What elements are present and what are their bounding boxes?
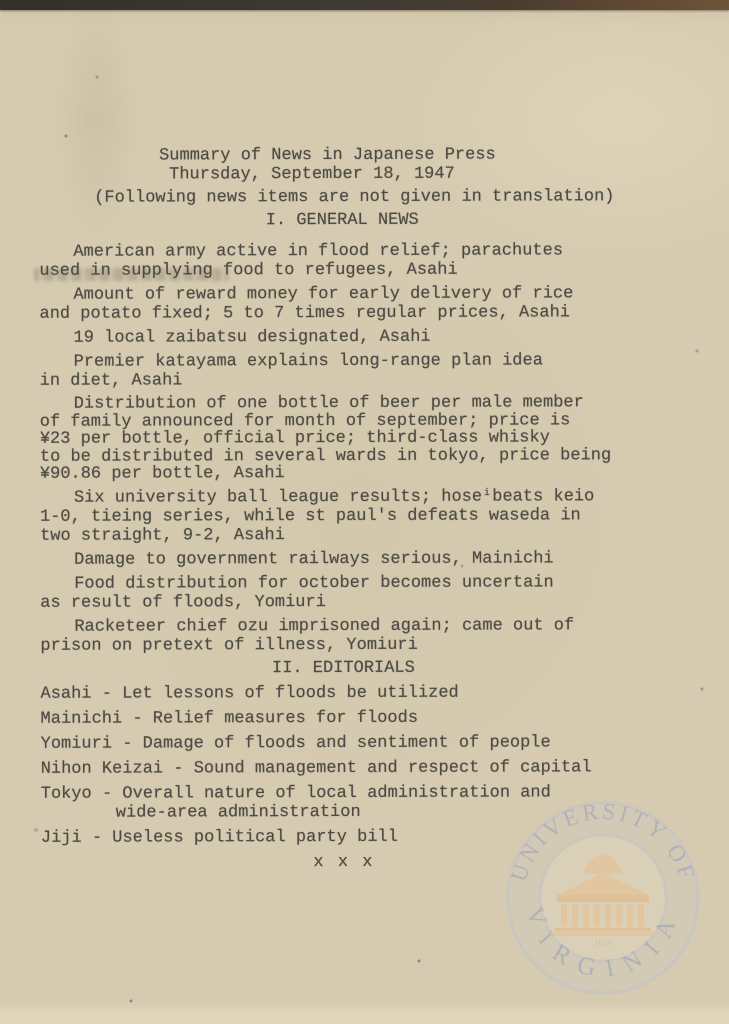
news-line: prison on pretext of illness, Yomiuri: [40, 635, 646, 656]
news-line: of family announced for month of septemb…: [40, 412, 646, 431]
news-item: Amount of reward money for early deliver…: [39, 284, 645, 324]
news-line: ¥23 per bottle, official price; third-cl…: [40, 429, 646, 448]
editorial-item: Yomiuri - Damage of floods and sentiment…: [41, 733, 647, 754]
news-line: 1-0, tieing series, while st paul's defe…: [40, 506, 646, 527]
news-item: Damage to government railways serious, M…: [40, 549, 646, 570]
seal-year: 1819: [594, 938, 613, 948]
news-line: Distribution of one bottle of beer per m…: [40, 394, 646, 413]
editorial-item: Asahi - Let lessons of floods be utilize…: [40, 683, 646, 704]
scan-edge-bar: [0, 0, 729, 10]
news-item: Six university ball league results; hose…: [40, 487, 646, 546]
news-line: as result of floods, Yomiuri: [40, 592, 646, 613]
doc-title-line1: Summary of News in Japanese Press: [159, 145, 645, 165]
university-of-virginia-seal-watermark: UNIVERSITY OF VIRGINIA ✧ 1819: [505, 800, 701, 1000]
news-item: Distribution of one bottle of beer per m…: [40, 394, 646, 483]
news-line: 19 local zaibatsu designated, Asahi: [40, 327, 646, 348]
news-line: Food distribution for october becomes un…: [40, 573, 646, 594]
editorial-line: Nihon Keizai - Sound management and resp…: [41, 758, 647, 779]
news-line: American army active in flood relief; pa…: [39, 241, 645, 262]
news-item: Food distribution for october becomes un…: [40, 573, 646, 613]
editorial-line: Mainichi - Relief measures for floods: [41, 708, 647, 729]
news-line: Racketeer chief ozu imprisoned again; ca…: [40, 616, 646, 637]
seal-star-icon: ✧: [665, 851, 674, 863]
news-line: ¥90.86 per bottle, Asahi: [40, 464, 646, 483]
section-heading-general-news: I. GENERAL NEWS: [39, 210, 645, 231]
typewritten-document: Summary of News in Japanese Press Thursd…: [39, 145, 647, 872]
news-item: Premier katayama explains long-range pla…: [40, 351, 646, 391]
news-item: American army active in flood relief; pa…: [39, 241, 645, 281]
news-line: Six university ball league results; hose…: [40, 487, 646, 508]
news-line: two straight, 9-2, Asahi: [40, 525, 646, 546]
news-line: in diet, Asahi: [40, 370, 646, 391]
editorial-item: Mainichi - Relief measures for floods: [41, 708, 647, 729]
editorial-line: Asahi - Let lessons of floods be utilize…: [40, 683, 646, 704]
news-item: Racketeer chief ozu imprisoned again; ca…: [40, 616, 646, 656]
news-line: Premier katayama explains long-range pla…: [40, 351, 646, 372]
news-line: Damage to government railways serious, M…: [40, 549, 646, 570]
news-line: to be distributed in several wards in to…: [40, 447, 646, 466]
section-heading-editorials: II. EDITORIALS: [40, 658, 646, 679]
news-item: 19 local zaibatsu designated, Asahi: [40, 327, 646, 348]
doc-title-line2: Thursday, September 18, 1947: [169, 164, 645, 184]
editorial-line: Yomiuri - Damage of floods and sentiment…: [41, 733, 647, 754]
news-line: Amount of reward money for early deliver…: [39, 284, 645, 305]
translation-note: (Following news items are not given in t…: [94, 187, 645, 207]
editorial-item: Nihon Keizai - Sound management and resp…: [41, 758, 647, 779]
news-line: and potato fixed; 5 to 7 times regular p…: [39, 303, 645, 324]
news-line: used in supplying food to refugees, Asah…: [39, 260, 645, 281]
